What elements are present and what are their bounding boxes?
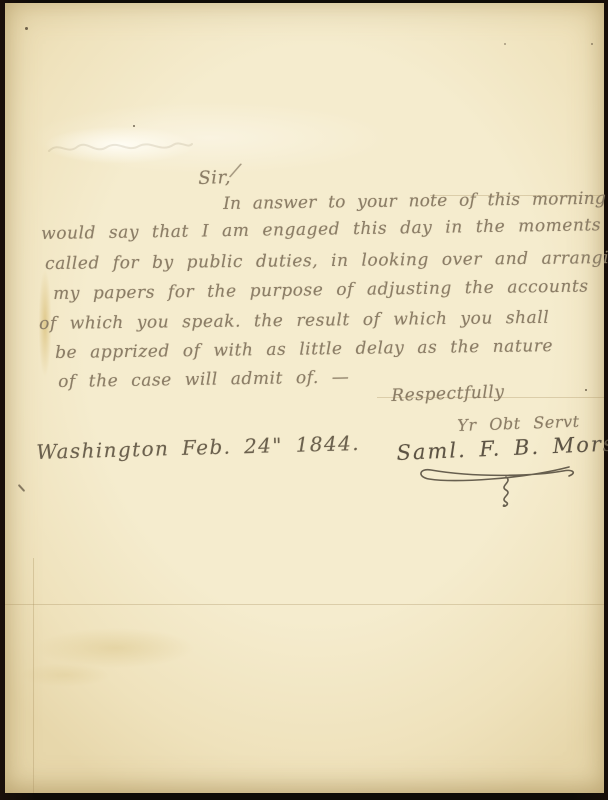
erased-writing-trace (45, 131, 195, 161)
letter-body-line: be apprized of with as little delay as t… (55, 336, 553, 363)
scanned-letter-image: Sir, ∕ In answer to your note of this mo… (0, 0, 608, 800)
letter-body-line: of which you speak. the result of which … (39, 308, 549, 334)
closing-servant: Yr Obt Servt (457, 412, 580, 435)
paper-speck (591, 43, 593, 45)
salutation: Sir, (198, 167, 231, 189)
letter-body-line: my papers for the purpose of adjusting t… (53, 277, 589, 304)
stray-pen-mark (18, 484, 26, 492)
paper-speck (585, 389, 587, 391)
fold-crease-vertical (33, 558, 34, 793)
paper-speck (133, 125, 135, 127)
letter-body-line: would say that I am engaged this day in … (41, 215, 608, 244)
paper-speck (504, 43, 506, 45)
closing-respectfully: Respectfully (391, 382, 505, 406)
paper-speck (25, 27, 28, 30)
letter-paper: Sir, ∕ In answer to your note of this mo… (5, 3, 604, 793)
letter-body-line: of the case will admit of. — (58, 367, 350, 392)
fold-crease-bottom (5, 604, 604, 605)
dateline: Washington Feb. 24" 1844. (36, 431, 360, 464)
salutation-pen-stroke: ∕ (230, 159, 242, 182)
letter-body-line: called for by public duties, in looking … (45, 248, 608, 274)
letter-body-line: In answer to your note of this morning I (223, 188, 608, 214)
signature-paraph-flourish (413, 459, 585, 511)
